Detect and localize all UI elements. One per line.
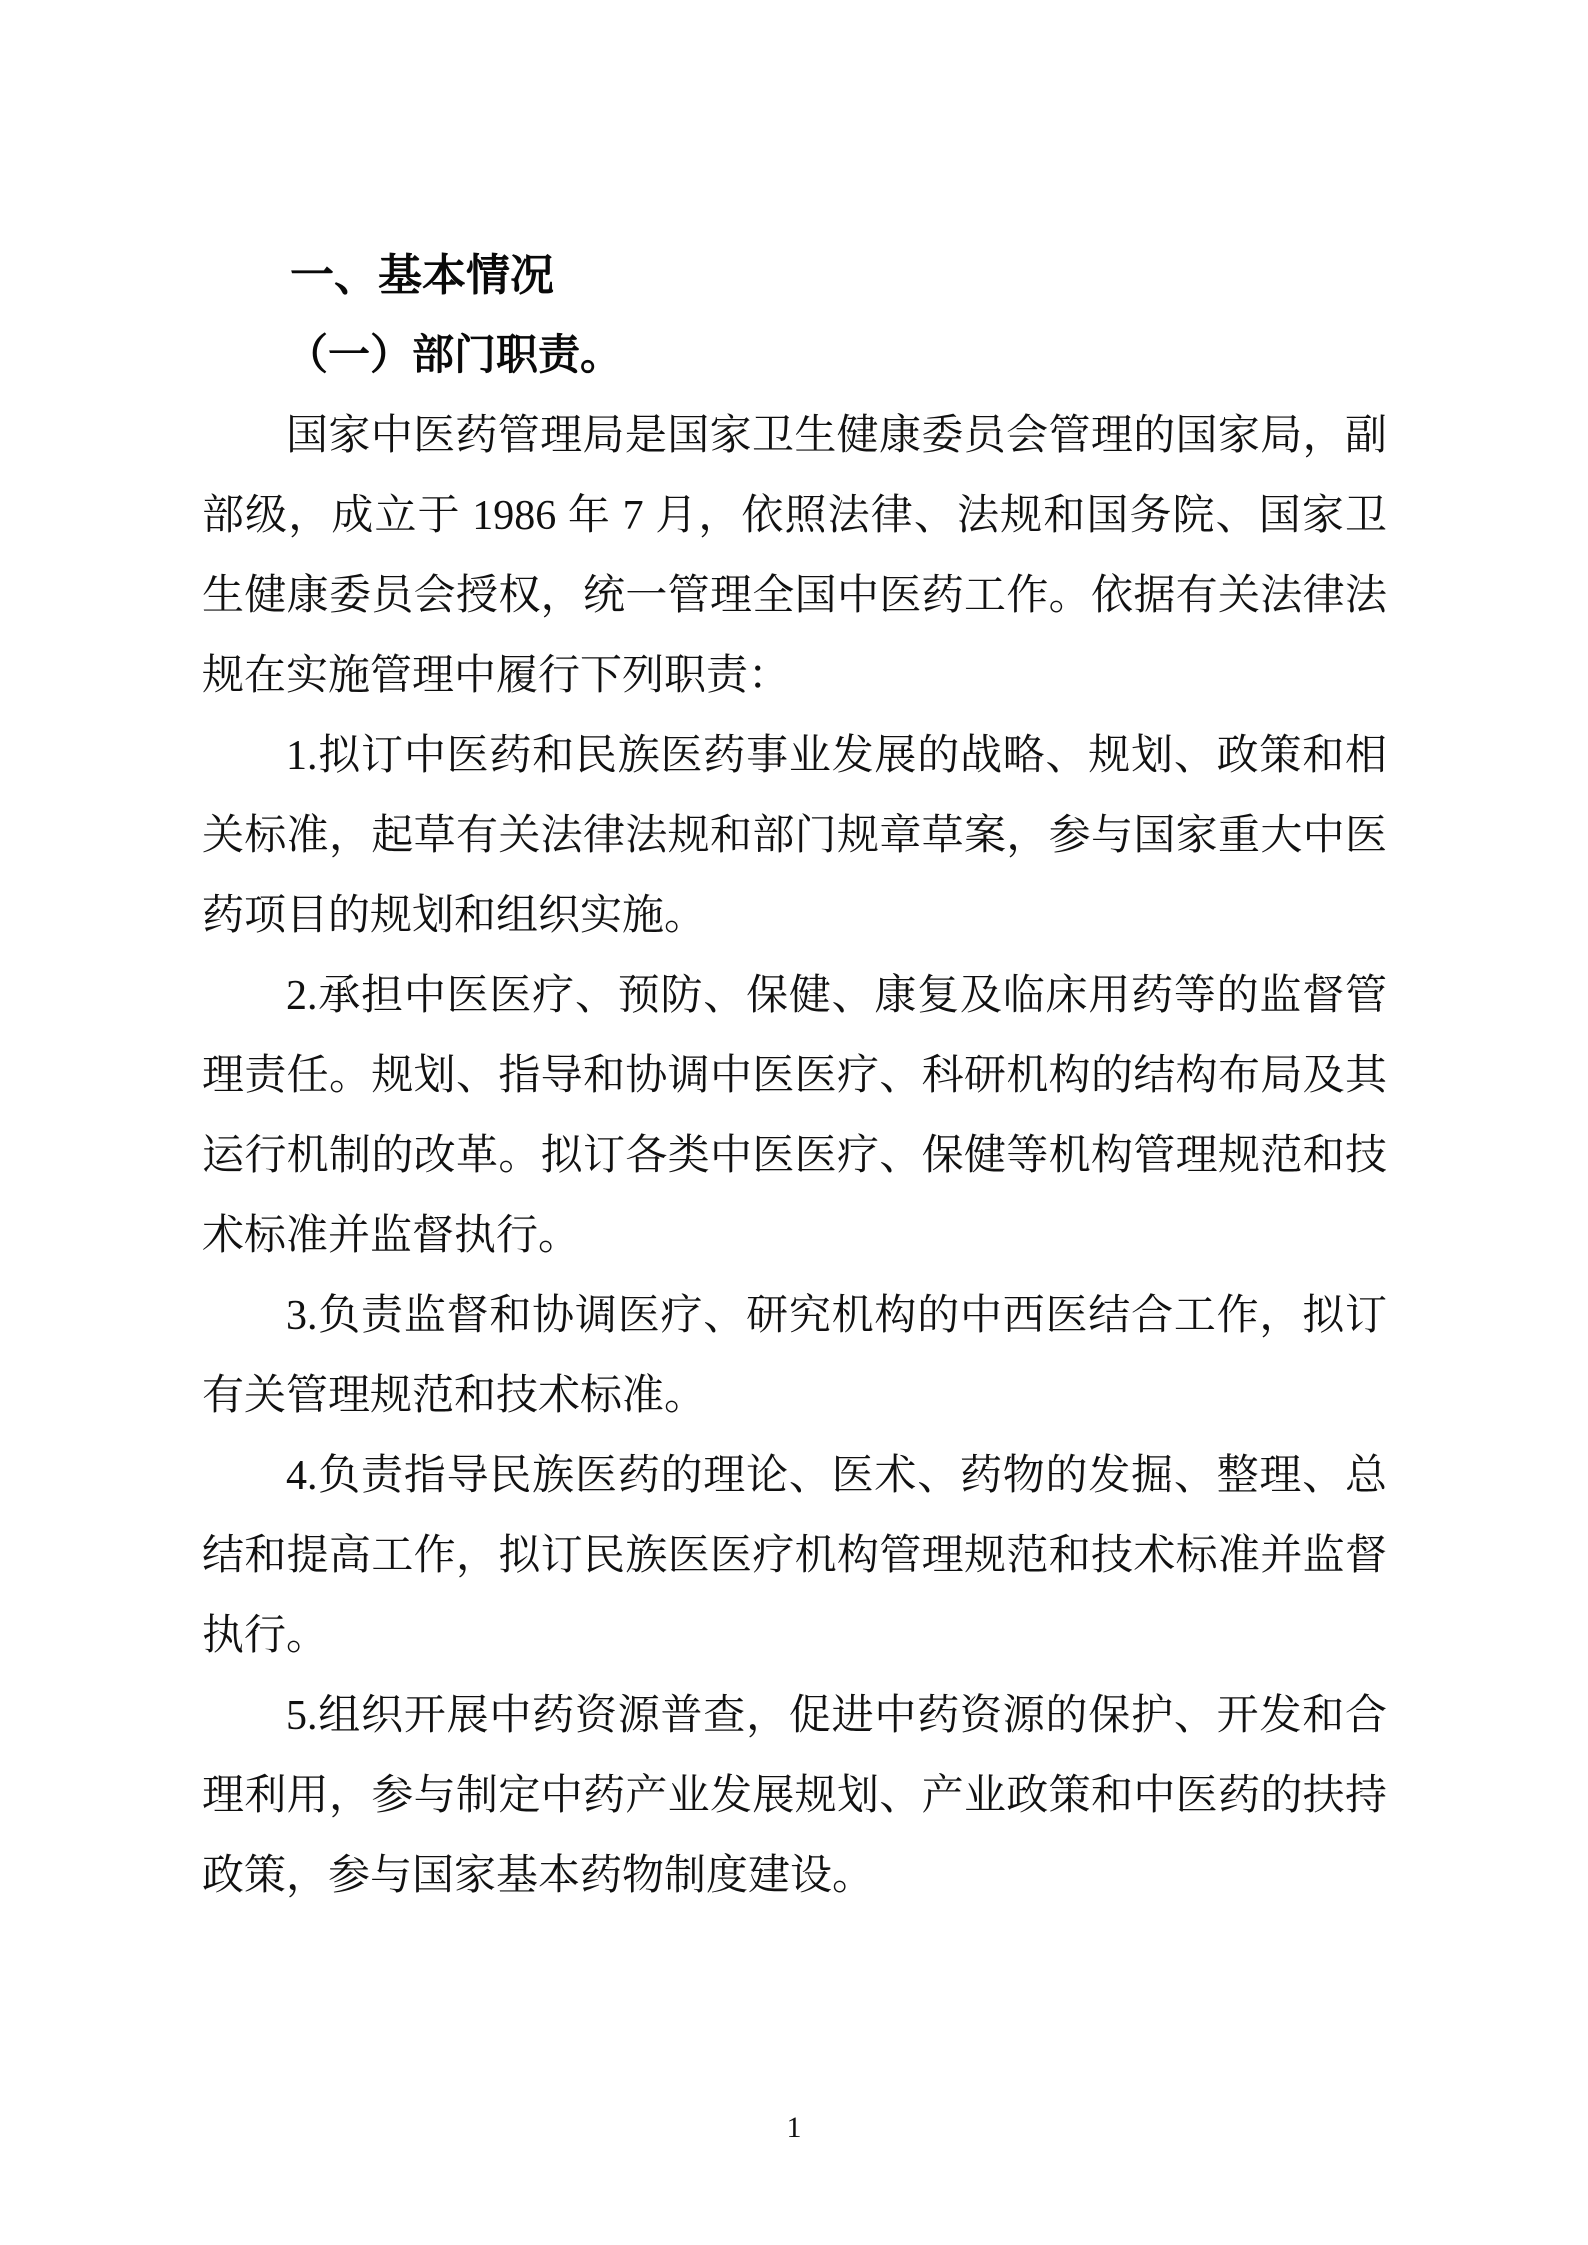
text-line: 生健康委员会授权，统一管理全国中医药工作。依据有关法律法 [202, 556, 1387, 636]
page-number: 1 [787, 2111, 802, 2144]
text-line: 理利用，参与制定中药产业发展规划、产业政策和中医药的扶持 [202, 1756, 1387, 1836]
text-line: 部级，成立于 1986 年 7 月，依照法律、法规和国务院、国家卫 [202, 476, 1387, 556]
section-heading: 一、基本情况 [202, 236, 1387, 316]
text-line: 政策，参与国家基本药物制度建设。 [202, 1836, 1387, 1916]
text-line: 2.承担中医医疗、预防、保健、康复及临床用药等的监督管 [202, 956, 1387, 1036]
text-line: 国家中医药管理局是国家卫生健康委员会管理的国家局，副 [202, 396, 1387, 476]
paragraph-block: 国家中医药管理局是国家卫生健康委员会管理的国家局，副部级，成立于 1986 年 … [202, 396, 1387, 1916]
text-line: 3.负责监督和协调医疗、研究机构的中西医结合工作，拟订 [202, 1276, 1387, 1356]
text-line: 药项目的规划和组织实施。 [202, 876, 1387, 956]
page-footer: 1 [0, 2108, 1588, 2148]
text-line: 5.组织开展中药资源普查，促进中药资源的保护、开发和合 [202, 1676, 1387, 1756]
text-line: 结和提高工作，拟订民族医医疗机构管理规范和技术标准并监督 [202, 1516, 1387, 1596]
text-line: 4.负责指导民族医药的理论、医术、药物的发掘、整理、总 [202, 1436, 1387, 1516]
text-line: 术标准并监督执行。 [202, 1196, 1387, 1276]
text-line: 有关管理规范和技术标准。 [202, 1356, 1387, 1436]
text-line: 1.拟订中医药和民族医药事业发展的战略、规划、政策和相 [202, 716, 1387, 796]
text-line: 执行。 [202, 1596, 1387, 1676]
document-content: 一、基本情况 （一）部门职责。 国家中医药管理局是国家卫生健康委员会管理的国家局… [202, 236, 1387, 1916]
text-line: 运行机制的改革。拟订各类中医医疗、保健等机构管理规范和技 [202, 1116, 1387, 1196]
text-line: 规在实施管理中履行下列职责： [202, 636, 1387, 716]
subsection-heading: （一）部门职责。 [202, 316, 1387, 396]
document-page: 一、基本情况 （一）部门职责。 国家中医药管理局是国家卫生健康委员会管理的国家局… [0, 0, 1588, 2245]
text-line: 理责任。规划、指导和协调中医医疗、科研机构的结构布局及其 [202, 1036, 1387, 1116]
text-line: 关标准，起草有关法律法规和部门规章草案，参与国家重大中医 [202, 796, 1387, 876]
